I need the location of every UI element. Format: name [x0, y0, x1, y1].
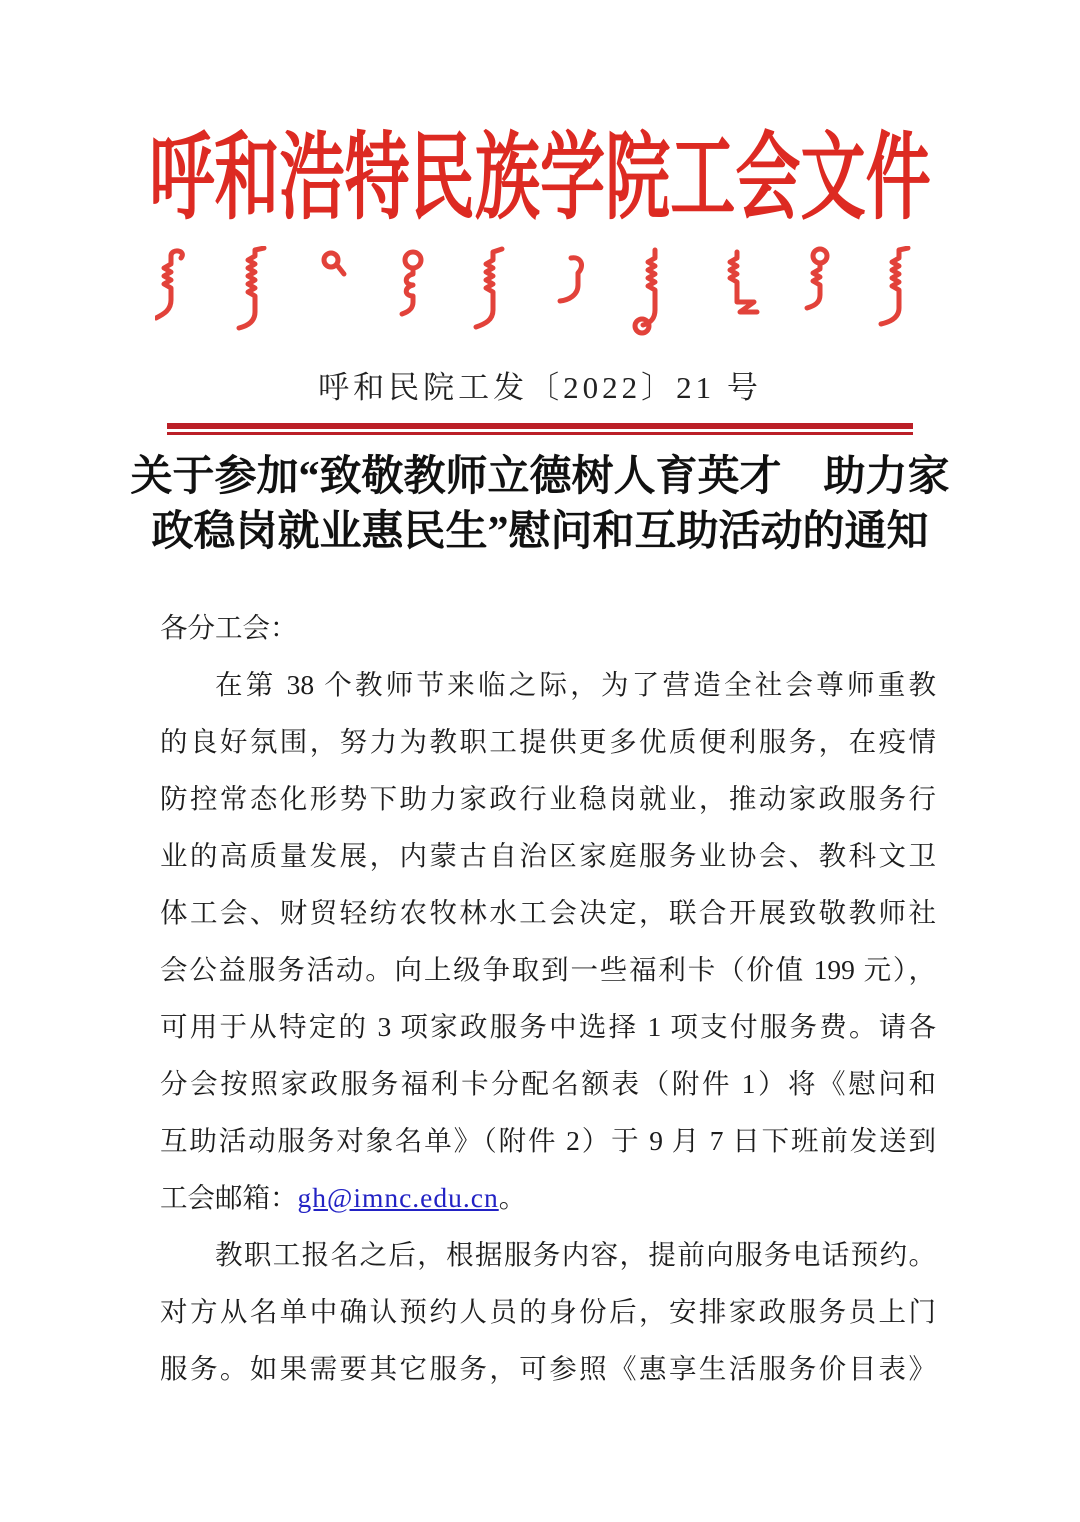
email-label: 工会邮箱： [160, 1182, 298, 1213]
body-line: 在第 38 个教师节来临之际，为了营造全社会尊师重教 [160, 656, 936, 713]
body-line: 分会按照家政服务福利卡分配名额表（附件 1）将《慰问和 [160, 1055, 936, 1112]
body-line: 各分工会： [160, 599, 936, 656]
body-line: 体工会、财贸轻纺农牧林水工会决定，联合开展致敬教师社 [160, 884, 936, 941]
email-suffix: 。 [499, 1182, 527, 1213]
body-line: 教职工报名之后，根据服务内容，提前向服务电话预约。 [160, 1226, 936, 1283]
doc-number: 呼和民院工发〔2022〕21 号 [0, 366, 1080, 410]
body-line: 业的高质量发展，内蒙古自治区家庭服务业协会、教科文卫 [160, 827, 936, 884]
body-line: 会公益服务活动。向上级争取到一些福利卡（价值 199 元）， [160, 941, 936, 998]
body-line-email: 工会邮箱：gh@imnc.edu.cn。 [160, 1169, 936, 1226]
document-body: 各分工会：在第 38 个教师节来临之际，为了营造全社会尊师重教的良好氛围，努力为… [160, 599, 936, 1397]
body-line: 的良好氛围，努力为教职工提供更多优质便利服务，在疫情 [160, 713, 936, 770]
red-divider [167, 423, 913, 435]
body-line: 服务。如果需要其它服务，可参照《惠享生活服务价目表》 [160, 1340, 936, 1397]
document-title-line2: 政稳岗就业惠民生”慰问和互助活动的通知 [75, 505, 1005, 560]
document-title-line1: 关于参加“致敬教师立德树人育英才 助力家 [75, 450, 1005, 505]
mongolian-script-band [155, 246, 925, 338]
body-line: 互助活动服务对象名单》（附件 2）于 9 月 7 日下班前发送到 [160, 1112, 936, 1169]
red-divider-thin-bar [167, 432, 913, 435]
org-title: 呼和浩特民族学院工会文件 [140, 128, 939, 232]
body-line: 可用于从特定的 3 项家政服务中选择 1 项支付服务费。请各 [160, 998, 936, 1055]
document-page: 呼和浩特民族学院工会文件 呼和民院工发〔2022〕21 号 关于参加“致敬教师立 [0, 0, 1080, 1522]
body-line: 对方从名单中确认预约人员的身份后，安排家政服务员上门 [160, 1283, 936, 1340]
email-link[interactable]: gh@imnc.edu.cn [298, 1182, 499, 1213]
document-title: 关于参加“致敬教师立德树人育英才 助力家 政稳岗就业惠民生”慰问和互助活动的通知 [75, 450, 1005, 560]
body-line: 防控常态化形势下助力家政行业稳岗就业，推动家政服务行 [160, 770, 936, 827]
